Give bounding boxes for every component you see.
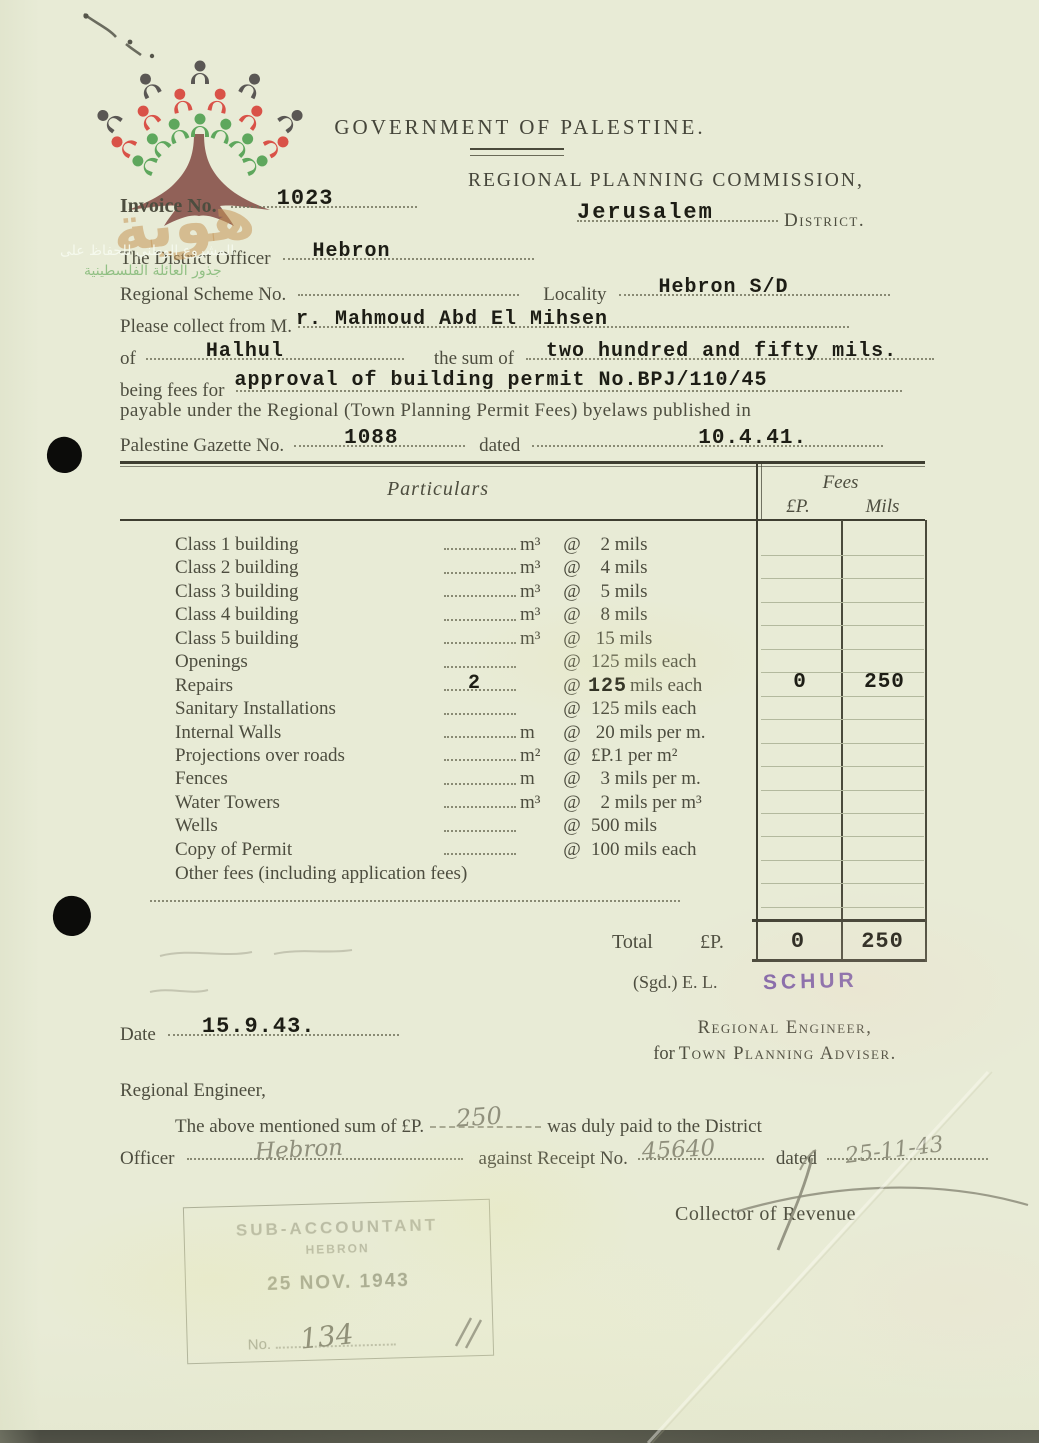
- fees-for-slot: approval of building permit No.BPJ/110/4…: [234, 372, 904, 396]
- dotted-leader: [444, 619, 516, 621]
- fee-grid-line: [761, 836, 924, 837]
- receipt-no-hand: 45640: [641, 1135, 715, 1165]
- dotted-leader: [444, 548, 516, 550]
- dotted-leader: [444, 830, 516, 832]
- district-city-slot: Jerusalem: [575, 200, 780, 226]
- logo-person: [170, 87, 193, 114]
- row-quantity-slot: [440, 814, 520, 837]
- entry-fee-pounds: 0: [758, 671, 842, 694]
- fee-grid-line: [761, 578, 924, 579]
- locality-slot: Hebron S/D: [617, 276, 892, 300]
- row-rate: 125 mils each: [591, 650, 697, 673]
- row-label: Wells: [120, 814, 440, 837]
- row-at-symbol: @: [556, 838, 588, 861]
- row-label: Class 5 building: [120, 627, 440, 650]
- fee-grid-line: [761, 743, 924, 744]
- row-unit: m³: [520, 627, 556, 650]
- total-fee-mils: 250: [840, 929, 925, 954]
- sum-slot: two hundred and fifty mils.: [524, 340, 936, 364]
- row-at-symbol: @: [556, 533, 588, 556]
- for-word: for: [653, 1044, 675, 1064]
- logo-person: [133, 101, 162, 131]
- blank-dotted-row: [150, 900, 680, 902]
- district-officer-typed: Hebron: [313, 240, 391, 263]
- dotted-leader: [444, 713, 516, 715]
- table-row: Class 2 building m³ @ 4 mils: [120, 556, 756, 579]
- table-row: Class 4 building m³ @ 8 mils: [120, 603, 756, 626]
- table-row: Class 1 building m³ @ 2 mils: [120, 533, 756, 556]
- paid-dated-label: dated: [776, 1148, 817, 1169]
- dotted-leader: [444, 666, 516, 668]
- dotted-leader: [444, 595, 516, 597]
- row-quantity-slot: [440, 721, 520, 744]
- dotted-leader: [298, 294, 519, 296]
- fee-grid-line: [761, 813, 924, 814]
- dotted-leader: [444, 736, 516, 738]
- of-typed: Halhul: [206, 340, 284, 363]
- date-typed: 15.9.43.: [202, 1014, 316, 1039]
- row-rate: £P.1 per m²: [591, 744, 677, 767]
- row-unit: m²: [520, 744, 556, 767]
- row-at-symbol: @: [556, 697, 588, 720]
- receipt-no-slot: 45640: [636, 1140, 766, 1164]
- paid-date-slot: 25-11-43: [825, 1140, 990, 1164]
- row-at-symbol: @: [556, 603, 588, 626]
- table-row: Repairs 2 @ 125 mils each: [120, 674, 756, 697]
- row-rate: 15 mils: [591, 627, 652, 650]
- row-label: Class 3 building: [120, 580, 440, 603]
- row-quantity-slot: [440, 697, 520, 720]
- row-rate-typed: 125: [588, 675, 627, 698]
- regional-scheme-label: Regional Scheme No.: [120, 284, 286, 305]
- fee-grid-line: [761, 790, 924, 791]
- date-line: Date 15.9.43.: [120, 1016, 401, 1042]
- paid-line-1: The above mentioned sum of £P. 250 was d…: [175, 1108, 762, 1134]
- locality-label: Locality: [543, 284, 606, 305]
- row-label: Class 1 building: [120, 533, 440, 556]
- sum-label: the sum of: [434, 348, 514, 369]
- total-currency-label: £P.: [700, 931, 724, 954]
- gazette-no-typed: 1088: [344, 427, 398, 450]
- row-rate: 125 mils each: [591, 697, 697, 720]
- row-quantity-slot: [440, 556, 520, 579]
- row-rate: 500 mils: [591, 814, 657, 837]
- logo-person: [93, 105, 123, 133]
- logo-person: [191, 61, 209, 85]
- logo-person: [135, 70, 162, 99]
- fee-grid-line: [761, 602, 924, 603]
- logo-person: [164, 116, 190, 145]
- fee-grid-line: [761, 883, 924, 884]
- row-quantity-slot: [440, 744, 520, 767]
- paid-line-2: Officer Hebron against Receipt No. 45640…: [120, 1140, 990, 1166]
- stamp-line1: SUB-ACCOUNTANT: [184, 1214, 489, 1243]
- row-at-symbol: @: [556, 814, 588, 837]
- row-label: Fences: [120, 767, 440, 790]
- fee-grid-line: [761, 625, 924, 626]
- row-quantity-slot: [440, 580, 520, 603]
- table-row: Class 5 building m³ @ 15 mils: [120, 627, 756, 650]
- gazette-dated-label: dated: [479, 435, 520, 456]
- table-row: Wells @ 500 mils: [120, 814, 756, 837]
- fees-for-label: being fees for: [120, 380, 224, 401]
- table-row: Internal Walls m @ 20 mils per m.: [120, 721, 756, 744]
- adviser-title: Town Planning Adviser.: [679, 1044, 897, 1064]
- row-unit: m³: [520, 791, 556, 814]
- table-row: Water Towers m³ @ 2 mils per m³: [120, 791, 756, 814]
- logo-person: [129, 150, 158, 175]
- table-row: Openings @ 125 mils each: [120, 650, 756, 673]
- total-fee-pounds: 0: [756, 929, 840, 954]
- fee-grid-line: [761, 649, 924, 650]
- district-label: District.: [784, 210, 865, 231]
- row-quantity-slot: [440, 791, 520, 814]
- dotted-leader: [444, 642, 516, 644]
- table-row: Copy of Permit @ 100 mils each: [120, 838, 756, 861]
- logo-person: [108, 131, 137, 158]
- row-unit: m³: [520, 580, 556, 603]
- paid-amount-hand: 250: [455, 1101, 503, 1132]
- fees-right-rule: [925, 520, 927, 962]
- particulars-rows: Class 1 building m³ @ 2 mils Class 2 bui…: [120, 533, 756, 861]
- fee-grid-line: [761, 907, 924, 908]
- logo-person: [142, 129, 171, 158]
- row-quantity-slot: [440, 650, 520, 673]
- gazette-date-typed: 10.4.41.: [698, 427, 807, 450]
- row-rate: 5 mils: [591, 580, 647, 603]
- paid-date-hand: 25-11-43: [844, 1132, 945, 1169]
- gazette-label: Palestine Gazette No.: [120, 435, 284, 456]
- collect-label: Please collect from M.: [120, 316, 292, 337]
- row-at-symbol: @: [556, 556, 588, 579]
- collect-from-line: Please collect from M. r. Mahmoud Abd El…: [120, 308, 851, 334]
- row-label: Sanitary Installations: [120, 697, 440, 720]
- row-label: Class 4 building: [120, 603, 440, 626]
- watermark-line1: المشروع الوطني للحفاظ على: [60, 243, 234, 259]
- logo-person: [242, 150, 271, 175]
- row-label: Class 2 building: [120, 556, 440, 579]
- dotted-leader: [444, 759, 516, 761]
- hole-punch: [49, 892, 96, 940]
- row-label: Copy of Permit: [120, 838, 440, 861]
- stamp-no-hand: 134: [298, 1317, 355, 1355]
- officer-label: Officer: [120, 1148, 175, 1169]
- receipt-label: against Receipt No.: [479, 1148, 628, 1169]
- row-label: Repairs: [120, 674, 440, 697]
- row-rate: 2 mils per m³: [591, 791, 702, 814]
- of-sum-line: of Halhul the sum of two hundred and fif…: [120, 340, 936, 366]
- total-bottom-rule: [752, 959, 925, 962]
- table-row: Sanitary Installations @ 125 mils each: [120, 697, 756, 720]
- of-slot: Halhul: [144, 340, 406, 364]
- dotted-leader: [444, 783, 516, 785]
- row-label: Internal Walls: [120, 721, 440, 744]
- title-rule: [470, 148, 564, 156]
- date-label: Date: [120, 1024, 156, 1045]
- row-unit: m: [520, 767, 556, 790]
- row-quantity-slot: [440, 533, 520, 556]
- scanned-invoice-document: هوية المشروع الوطني للحفاظ على جذور العا…: [0, 0, 1039, 1443]
- row-at-symbol: @: [556, 650, 588, 673]
- locality-typed: Hebron S/D: [659, 276, 789, 299]
- officer-slot: Hebron: [185, 1140, 465, 1164]
- row-rate: 2 mils: [591, 533, 647, 556]
- page-title: GOVERNMENT OF PALESTINE.: [240, 115, 800, 140]
- dotted-leader: [444, 853, 516, 855]
- fee-grid-line: [761, 719, 924, 720]
- row-quantity-slot: 2: [440, 674, 520, 697]
- scheme-locality-line: Regional Scheme No. Locality Hebron S/D: [120, 276, 892, 302]
- fee-grid-line: [761, 696, 924, 697]
- row-at-symbol: @: [556, 674, 588, 697]
- district-officer-slot: Hebron: [281, 240, 536, 264]
- invoice-no-slot: 1023: [229, 188, 419, 212]
- table-row: Class 3 building m³ @ 5 mils: [120, 580, 756, 603]
- row-rate: 4 mils: [591, 556, 647, 579]
- row-at-symbol: @: [556, 721, 588, 744]
- gazette-date-slot: 10.4.41.: [530, 427, 885, 451]
- paid-post-text: was duly paid to the District: [547, 1116, 762, 1137]
- row-at-symbol: @: [556, 627, 588, 650]
- fee-grid-line: [761, 555, 924, 556]
- other-fees-row: Other fees (including application fees): [175, 863, 467, 885]
- district-line: Jerusalem District.: [575, 200, 865, 228]
- collector-label: Collector of Revenue: [675, 1203, 856, 1226]
- town-planning-adviser-title: for Town Planning Adviser.: [625, 1044, 925, 1065]
- officer-hand: Hebron: [254, 1135, 343, 1166]
- fees-column-box: 0 250: [756, 461, 927, 962]
- logo-person: [208, 87, 231, 114]
- dotted-leader: [444, 806, 516, 808]
- row-unit: m³: [520, 533, 556, 556]
- row-at-symbol: @: [556, 580, 588, 603]
- logo-person: [211, 116, 237, 145]
- row-rate: mils each: [630, 674, 702, 697]
- payable-line: payable under the Regional (Town Plannin…: [120, 400, 751, 426]
- row-quantity-slot: [440, 838, 520, 861]
- table-row: Projections over roads m² @ £P.1 per m²: [120, 744, 756, 767]
- district-city-typed: Jerusalem: [577, 200, 714, 225]
- dotted-leader: [444, 572, 516, 574]
- paid-amount-slot: 250: [428, 1108, 543, 1132]
- gazette-line: Palestine Gazette No. 1088 dated 10.4.41…: [120, 427, 885, 453]
- row-quantity-slot: [440, 767, 520, 790]
- sgd-label: (Sgd.) E. L.: [633, 972, 718, 993]
- fees-separator-rule: [841, 520, 843, 962]
- scheme-no-slot: [296, 276, 521, 300]
- scan-edge-band: [0, 1430, 1039, 1443]
- watermark-line2: جذور العائلة الفلسطينية: [84, 263, 222, 279]
- sum-typed: two hundred and fifty mils.: [546, 340, 897, 363]
- table-row: Fences m @ 3 mils per m.: [120, 767, 756, 790]
- row-label: Projections over roads: [120, 744, 440, 767]
- fees-inner-rule: [761, 461, 762, 519]
- row-unit: m³: [520, 556, 556, 579]
- entry-fee-mils: 250: [842, 671, 927, 694]
- gazette-no-slot: 1088: [292, 427, 467, 451]
- fees-for-line: being fees for approval of building perm…: [120, 372, 904, 398]
- stamp-no-label-text: No.: [248, 1336, 272, 1354]
- row-unit: m³: [520, 603, 556, 626]
- particulars-header: Particulars: [120, 478, 756, 501]
- collect-slot: r. Mahmoud Abd El Mihsen: [296, 308, 851, 332]
- date-slot: 15.9.43.: [166, 1016, 401, 1040]
- row-at-symbol: @: [556, 744, 588, 767]
- row-quantity-slot: [440, 627, 520, 650]
- paid-pre-text: The above mentioned sum of £P.: [175, 1116, 424, 1137]
- row-rate: 20 mils per m.: [591, 721, 706, 744]
- regional-engineer-title: Regional Engineer,: [660, 1018, 910, 1039]
- row-at-symbol: @: [556, 767, 588, 790]
- row-label: Openings: [120, 650, 440, 673]
- total-top-rule: [752, 919, 925, 922]
- row-rate: 8 mils: [591, 603, 647, 626]
- of-label: of: [120, 348, 136, 369]
- stamp-line2: HEBRON: [185, 1238, 490, 1261]
- row-rate: 3 mils per m.: [591, 767, 701, 790]
- fee-grid-line: [761, 672, 924, 673]
- commission-title: REGIONAL PLANNING COMMISSION,: [468, 170, 864, 192]
- engineer-salutation: Regional Engineer,: [120, 1080, 266, 1102]
- total-label: Total: [612, 931, 653, 954]
- collect-typed: r. Mahmoud Abd El Mihsen: [296, 308, 608, 331]
- fee-grid-line: [761, 860, 924, 861]
- fees-for-typed: approval of building permit No.BPJ/110/4…: [234, 369, 767, 392]
- row-label: Water Towers: [120, 791, 440, 814]
- logo-person: [191, 114, 209, 138]
- row-rate: 100 mils each: [591, 838, 697, 861]
- schur-stamp: SCHUR: [763, 969, 858, 995]
- logo-person: [238, 70, 265, 99]
- fee-grid-line: [761, 766, 924, 767]
- row-unit: m: [520, 721, 556, 744]
- stamp-line3: 25 NOV. 1943: [186, 1268, 491, 1299]
- row-at-symbol: @: [556, 791, 588, 814]
- row-quantity-slot: [440, 603, 520, 626]
- row-quantity-typed: 2: [468, 672, 481, 695]
- hole-punch: [43, 433, 86, 476]
- faint-pencil-scribble: [150, 950, 352, 992]
- invoice-no-typed: 1023: [277, 186, 334, 211]
